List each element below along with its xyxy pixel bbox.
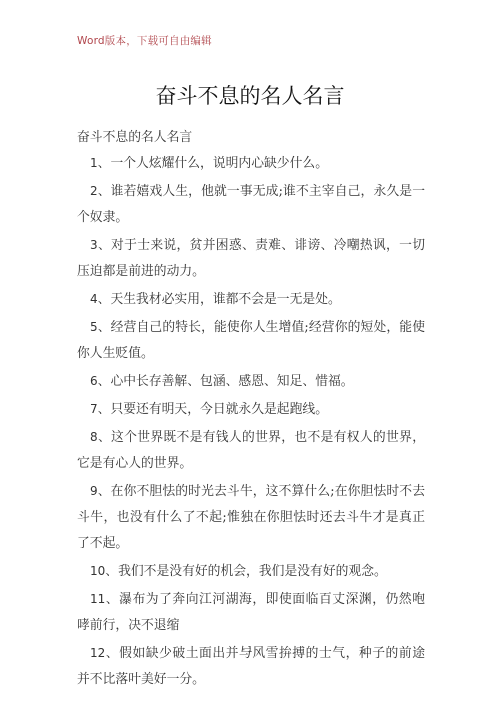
list-item: 10、我们不是没有好的机会，我们是没有好的观念。 bbox=[77, 558, 425, 585]
list-item: 2、谁若嬉戏人生，他就一事无成;谁不主宰自己，永久是一个奴隶。 bbox=[77, 178, 425, 231]
document-subtitle: 奋斗不息的名人名言 bbox=[77, 126, 192, 145]
page-number: - 1 - bbox=[0, 645, 500, 654]
list-item: 9、在你不胆怯的时光去斗牛，这不算什么;在你胆怯时不去斗牛，也没有什么了不起;惟… bbox=[77, 478, 425, 557]
list-item: 1、一个人炫耀什么，说明内心缺少什么。 bbox=[77, 150, 425, 177]
watermark-header: Word版本，下载可自由编辑 bbox=[77, 33, 212, 48]
list-item: 5、经营自己的特长，能使你人生增值;经营你的短处，能使你人生贬值。 bbox=[77, 314, 425, 367]
list-item: 11、瀑布为了奔向江河湖海，即使面临百丈深渊，仍然咆哮前行，决不退缩 bbox=[77, 586, 425, 639]
list-item: 3、对于士来说，贫并困惑、责难、诽谤、冷嘲热讽，一切压迫都是前进的动力。 bbox=[77, 232, 425, 285]
list-item: 7、只要还有明天，今日就永久是起跑线。 bbox=[77, 396, 425, 423]
document-title: 奋斗不息的名人名言 bbox=[0, 80, 500, 110]
list-item: 4、天生我材必实用，谁都不会是一无是处。 bbox=[77, 286, 425, 313]
list-item: 6、心中长存善解、包涵、感恩、知足、惜福。 bbox=[77, 368, 425, 395]
quote-list: 1、一个人炫耀什么，说明内心缺少什么。 2、谁若嬉戏人生，他就一事无成;谁不主宰… bbox=[77, 150, 425, 694]
list-item: 8、这个世界既不是有钱人的世界，也不是有权人的世界，它是有心人的世界。 bbox=[77, 424, 425, 477]
